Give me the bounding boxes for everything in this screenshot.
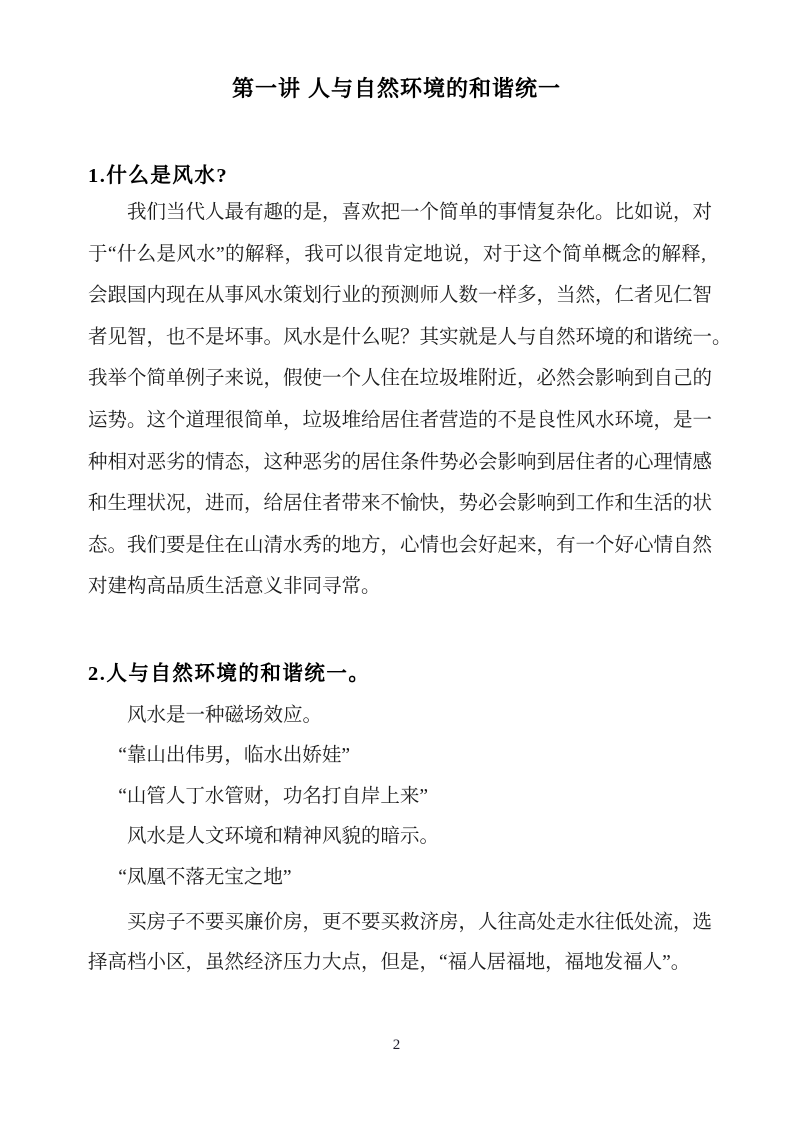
- section-2-paragraph: 风水是一种磁场效应。 “靠山出伟男，临水出娇娃” “山管人丁水管财，功名打自岸上…: [88, 696, 706, 984]
- paragraph-line: 对建构高品质生活意义非同寻常。: [88, 566, 706, 608]
- section-1-heading: 1.什么是风水?: [88, 158, 708, 188]
- page-number: 2: [0, 1037, 793, 1054]
- paragraph-line: 于“什么是风水”的解释，我可以很肯定地说，对于这个简单概念的解释,: [88, 234, 706, 276]
- paragraph-line: 者见智，也不是坏事。风水是什么呢？其实就是人与自然环境的和谐统一。: [88, 317, 706, 359]
- paragraph-line: 我们当代人最有趣的是，喜欢把一个简单的事情复杂化。比如说，对: [88, 192, 706, 234]
- section-1-paragraph: 我们当代人最有趣的是，喜欢把一个简单的事情复杂化。比如说，对 于“什么是风水”的…: [88, 192, 706, 608]
- paragraph-line: 种相对恶劣的情态，这种恶劣的居住条件势必会影响到居住者的心理情感: [88, 442, 706, 484]
- paragraph-line: 风水是一种磁场效应。: [88, 696, 706, 736]
- paragraph-line: 会跟国内现在从事风水策划行业的预测师人数一样多，当然，仁者见仁智: [88, 275, 706, 317]
- paragraph-line: 择高档小区，虽然经济压力大点，但是，“福人居福地，福地发福人”。: [88, 943, 706, 983]
- section-2-heading: 2.人与自然环境的和谐统一。: [88, 656, 708, 686]
- paragraph-line: 和生理状况，进而，给居住者带来不愉快，势必会影响到工作和生活的状: [88, 483, 706, 525]
- quote-line: “凤凰不落无宝之地”: [88, 858, 706, 898]
- quote-line: “山管人丁水管财，功名打自岸上来”: [88, 777, 706, 817]
- paragraph-line: 买房子不要买廉价房，更不要买救济房，人往高处走水往低处流，选: [88, 903, 706, 943]
- document-page: 第一讲 人与自然环境的和谐统一 1.什么是风水? 我们当代人最有趣的是，喜欢把一…: [0, 0, 793, 1122]
- paragraph-line: 运势。这个道理很简单，垃圾堆给居住者营造的不是良性风水环境，是一: [88, 400, 706, 442]
- quote-line: “靠山出伟男，临水出娇娃”: [88, 736, 706, 776]
- paragraph-line: 风水是人文环境和精神风貌的暗示。: [88, 817, 706, 857]
- document-title: 第一讲 人与自然环境的和谐统一: [0, 72, 793, 103]
- paragraph-line: 态。我们要是住在山清水秀的地方，心情也会好起来，有一个好心情自然: [88, 525, 706, 567]
- paragraph-line: 我举个简单例子来说，假使一个人住在垃圾堆附近，必然会影响到自己的: [88, 358, 706, 400]
